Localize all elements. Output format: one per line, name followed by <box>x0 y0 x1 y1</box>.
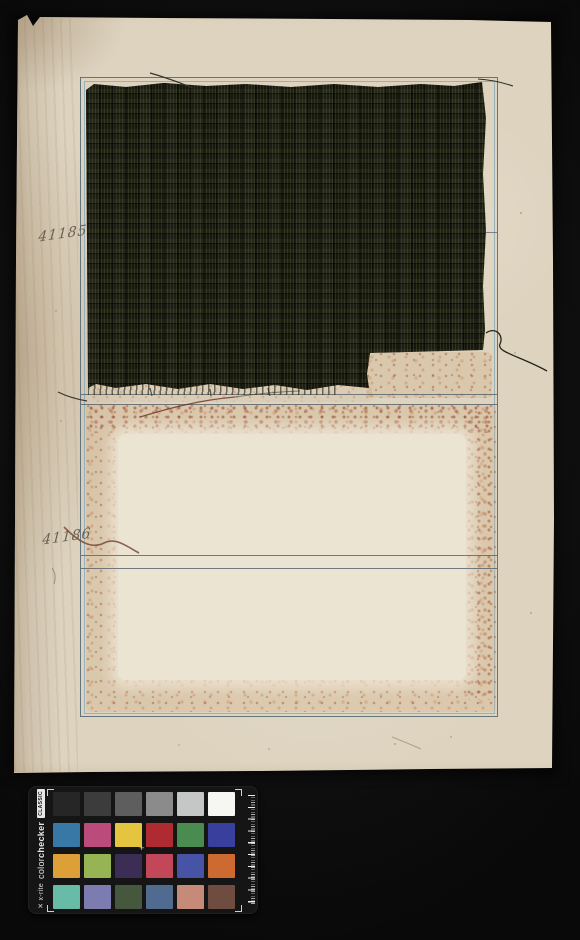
color-patch <box>208 885 235 909</box>
crop-mark-icon <box>235 789 242 796</box>
colorchecker-wordmark: colorchecker <box>36 822 46 879</box>
colorchecker-card: colorchecker CLASSIC ✕ x-rite + <box>28 786 258 914</box>
color-patch <box>146 792 173 816</box>
binding-edge-wear <box>14 16 78 772</box>
glue-residue-under-fabric-notch <box>366 352 492 398</box>
color-patch <box>177 823 204 847</box>
color-patch <box>177 792 204 816</box>
color-patch <box>177 854 204 878</box>
color-patch <box>208 792 235 816</box>
album-page: 41185 41186 <box>0 0 580 790</box>
classic-badge: CLASSIC <box>37 789 45 818</box>
color-patch <box>146 885 173 909</box>
fabric-swatch <box>86 82 488 394</box>
ruler-scale <box>246 795 255 905</box>
foxing-specks <box>0 0 2 2</box>
color-patch <box>53 854 80 878</box>
registration-cross-icon: + <box>139 843 144 853</box>
rule-line <box>81 568 497 569</box>
color-patch <box>177 885 204 909</box>
color-patch <box>84 792 111 816</box>
crop-mark-icon <box>235 905 242 912</box>
color-patch <box>84 854 111 878</box>
color-patch <box>146 854 173 878</box>
color-patch <box>115 792 142 816</box>
color-patch <box>53 792 80 816</box>
color-patch <box>115 885 142 909</box>
color-patch <box>84 823 111 847</box>
crop-mark-icon <box>47 905 54 912</box>
glue-residue-top-band <box>88 405 494 433</box>
color-patch <box>146 823 173 847</box>
colorchecker-brand: colorchecker CLASSIC <box>28 786 53 882</box>
crop-mark-icon <box>47 789 54 796</box>
color-patch <box>53 885 80 909</box>
color-patch <box>115 823 142 847</box>
ruler-major-ticks <box>248 795 255 905</box>
photographed-album-sheet: 41185 41186 colorchecker CLASSIC ✕ x-rit… <box>0 0 580 940</box>
color-patch <box>115 854 142 878</box>
color-patch <box>208 854 235 878</box>
clean-paper-area <box>118 434 466 680</box>
rule-line <box>81 404 497 405</box>
color-patch <box>53 823 80 847</box>
rule-line <box>81 555 497 556</box>
color-patch <box>84 885 111 909</box>
color-patch <box>208 823 235 847</box>
